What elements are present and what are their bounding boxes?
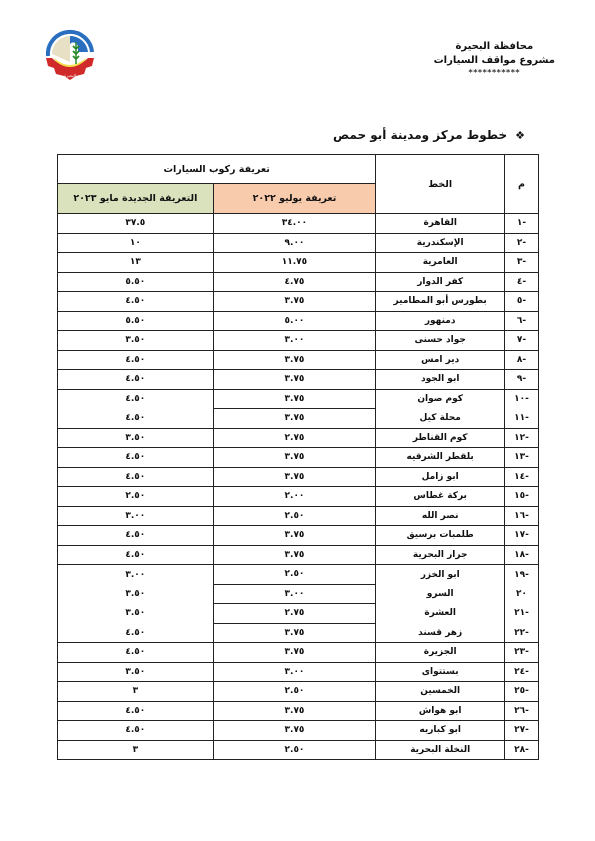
july-fare: ٣.٠٠ bbox=[213, 584, 376, 604]
row-number: -٢ bbox=[505, 233, 539, 253]
row-number: -١٦ bbox=[505, 506, 539, 526]
row-number: -٢٤ bbox=[505, 662, 539, 682]
july-fare: ٣.٠٠ bbox=[213, 662, 376, 682]
governorate-name: محافظة البحيرة bbox=[434, 40, 555, 54]
row-number: -٢٥ bbox=[505, 682, 539, 702]
route-name: ابو هواش bbox=[376, 701, 505, 721]
july-fare: ٢.٠٠ bbox=[213, 487, 376, 507]
table-row: -١٦نصر الله٢.٥٠٣.٠٠ bbox=[58, 506, 539, 526]
july-fare: ٥.٠٠ bbox=[213, 311, 376, 331]
july-fare: ٣.٧٥ bbox=[213, 389, 376, 409]
table-row: -١٠كوم صوان٣.٧٥٤.٥٠ bbox=[58, 389, 539, 409]
route-name: بركة غطاس bbox=[376, 487, 505, 507]
route-name: زهر قسند bbox=[376, 623, 505, 643]
table-row: -٢٥الخمسين٢.٥٠٣ bbox=[58, 682, 539, 702]
table-row: -٢٧ابو كباريه٣.٧٥٤.٥٠ bbox=[58, 721, 539, 741]
table-row: -٢١العشرة٢.٧٥٣.٥٠ bbox=[58, 604, 539, 624]
july-fare: ٢.٧٥ bbox=[213, 428, 376, 448]
route-name: جواد حسنى bbox=[376, 331, 505, 351]
july-fare: ٢.٥٠ bbox=[213, 565, 376, 585]
may-fare: ٣ bbox=[58, 740, 214, 760]
route-name: ابو الخزر bbox=[376, 565, 505, 585]
route-name: ابو كباريه bbox=[376, 721, 505, 741]
may-fare: ٤.٥٠ bbox=[58, 292, 214, 312]
may-fare: ٣.٥٠ bbox=[58, 662, 214, 682]
row-number: -٢٣ bbox=[505, 643, 539, 663]
route-name: نصر الله bbox=[376, 506, 505, 526]
route-name: جرار البحرية bbox=[376, 545, 505, 565]
table-row: -٧جواد حسنى٣.٠٠٣.٥٠ bbox=[58, 331, 539, 351]
route-name: العامرية bbox=[376, 253, 505, 273]
row-number: -٤ bbox=[505, 272, 539, 292]
may-fare: ٣ bbox=[58, 682, 214, 702]
col-header-fare-group: تعريفة ركوب السيارات bbox=[58, 155, 376, 184]
may-fare: ٤.٥٠ bbox=[58, 701, 214, 721]
table-row: -٢٦ابو هواش٣.٧٥٤.٥٠ bbox=[58, 701, 539, 721]
may-fare: ٥.٥٠ bbox=[58, 311, 214, 331]
may-fare: ٤.٥٠ bbox=[58, 545, 214, 565]
table-row: -١٥بركة غطاس٢.٠٠٢.٥٠ bbox=[58, 487, 539, 507]
may-fare: ١٠ bbox=[58, 233, 214, 253]
table-row: -٩ابو الجود٣.٧٥٤.٥٠ bbox=[58, 370, 539, 390]
table-row: -٣العامرية١١.٧٥١٣ bbox=[58, 253, 539, 273]
table-row: -١القاهرة٣٤.٠٠٣٧.٥ bbox=[58, 214, 539, 234]
decorative-stars: *********** bbox=[434, 68, 555, 78]
route-name: القاهرة bbox=[376, 214, 505, 234]
route-name: النخلة البحرية bbox=[376, 740, 505, 760]
header-row: م الخط تعريفة ركوب السيارات bbox=[58, 155, 539, 184]
row-number: -٢٢ bbox=[505, 623, 539, 643]
row-number: -١٧ bbox=[505, 526, 539, 546]
col-header-route: الخط bbox=[376, 155, 505, 214]
route-name: دمنهور bbox=[376, 311, 505, 331]
may-fare: ٢.٥٠ bbox=[58, 487, 214, 507]
table-row: -٦دمنهور٥.٠٠٥.٥٠ bbox=[58, 311, 539, 331]
july-fare: ٩.٠٠ bbox=[213, 233, 376, 253]
route-name: كوم القناطر bbox=[376, 428, 505, 448]
table-row: -٥بطورس أبو المطامير٣.٧٥٤.٥٠ bbox=[58, 292, 539, 312]
row-number: ٢٠ bbox=[505, 584, 539, 604]
table-row: -١٤ابو زامل٣.٧٥٤.٥٠ bbox=[58, 467, 539, 487]
may-fare: ٣.٥٠ bbox=[58, 331, 214, 351]
col-header-may-fare: التعريفة الجديدة مايو ٢٠٢٣ bbox=[58, 184, 214, 214]
route-name: بستتواى bbox=[376, 662, 505, 682]
row-number: -١١ bbox=[505, 409, 539, 429]
row-number: -١٢ bbox=[505, 428, 539, 448]
july-fare: ٣.٠٠ bbox=[213, 331, 376, 351]
route-name: الخمسين bbox=[376, 682, 505, 702]
july-fare: ١١.٧٥ bbox=[213, 253, 376, 273]
title-text: خطوط مركز ومدينة أبو حمص bbox=[333, 128, 507, 142]
svg-text:البحيرة: البحيرة bbox=[64, 73, 76, 78]
table-row: -١٧طلمبات برسيق٣.٧٥٤.٥٠ bbox=[58, 526, 539, 546]
row-number: -٢١ bbox=[505, 604, 539, 624]
may-fare: ٤.٥٠ bbox=[58, 409, 214, 429]
route-name: الجزيرة bbox=[376, 643, 505, 663]
route-name: دير امس bbox=[376, 350, 505, 370]
july-fare: ٤.٧٥ bbox=[213, 272, 376, 292]
july-fare: ٢.٥٠ bbox=[213, 740, 376, 760]
table-row: -١١محلة كيل٣.٧٥٤.٥٠ bbox=[58, 409, 539, 429]
organization-header: محافظة البحيرة مشروع مواقف السيارات ****… bbox=[434, 40, 555, 78]
table-row: -١٣بلقطر الشرقيه٣.٧٥٤.٥٠ bbox=[58, 448, 539, 468]
row-number: -٢٦ bbox=[505, 701, 539, 721]
table-row: -٢الإسكندرية٩.٠٠١٠ bbox=[58, 233, 539, 253]
july-fare: ٣.٧٥ bbox=[213, 467, 376, 487]
route-name: محلة كيل bbox=[376, 409, 505, 429]
table-row: -٢٢زهر قسند٣.٧٥٤.٥٠ bbox=[58, 623, 539, 643]
fare-table: م الخط تعريفة ركوب السيارات تعريفة يوليو… bbox=[57, 154, 539, 760]
july-fare: ٣٤.٠٠ bbox=[213, 214, 376, 234]
july-fare: ٣.٧٥ bbox=[213, 623, 376, 643]
row-number: -١ bbox=[505, 214, 539, 234]
route-name: بطورس أبو المطامير bbox=[376, 292, 505, 312]
row-number: -٢٧ bbox=[505, 721, 539, 741]
table-row: -١٩ابو الخزر٢.٥٠٣.٠٠ bbox=[58, 565, 539, 585]
july-fare: ٢.٥٠ bbox=[213, 506, 376, 526]
route-name: طلمبات برسيق bbox=[376, 526, 505, 546]
july-fare: ٣.٧٥ bbox=[213, 370, 376, 390]
table-row: -٢٨النخلة البحرية٢.٥٠٣ bbox=[58, 740, 539, 760]
may-fare: ٤.٥٠ bbox=[58, 643, 214, 663]
route-name: السرو bbox=[376, 584, 505, 604]
july-fare: ٣.٧٥ bbox=[213, 409, 376, 429]
may-fare: ٣.٥٠ bbox=[58, 584, 214, 604]
july-fare: ٣.٧٥ bbox=[213, 701, 376, 721]
may-fare: ٣.٥٠ bbox=[58, 604, 214, 624]
route-name: ابو الجود bbox=[376, 370, 505, 390]
table-row: -٨دير امس٣.٧٥٤.٥٠ bbox=[58, 350, 539, 370]
july-fare: ٣.٧٥ bbox=[213, 526, 376, 546]
table-row: -٢٤بستتواى٣.٠٠٣.٥٠ bbox=[58, 662, 539, 682]
may-fare: ٤.٥٠ bbox=[58, 389, 214, 409]
row-number: -٩ bbox=[505, 370, 539, 390]
july-fare: ٢.٧٥ bbox=[213, 604, 376, 624]
route-name: كفر الدوار bbox=[376, 272, 505, 292]
row-number: -٨ bbox=[505, 350, 539, 370]
may-fare: ٤.٥٠ bbox=[58, 370, 214, 390]
page-title: ❖ خطوط مركز ومدينة أبو حمص bbox=[333, 128, 525, 142]
route-name: الإسكندرية bbox=[376, 233, 505, 253]
table-row: -٢٣الجزيرة٣.٧٥٤.٥٠ bbox=[58, 643, 539, 663]
july-fare: ٣.٧٥ bbox=[213, 292, 376, 312]
route-name: بلقطر الشرقيه bbox=[376, 448, 505, 468]
row-number: -١٥ bbox=[505, 487, 539, 507]
route-name: العشرة bbox=[376, 604, 505, 624]
route-name: كوم صوان bbox=[376, 389, 505, 409]
table-row: -٤كفر الدوار٤.٧٥٥.٥٠ bbox=[58, 272, 539, 292]
row-number: -٧ bbox=[505, 331, 539, 351]
may-fare: ٣.٠٠ bbox=[58, 565, 214, 585]
july-fare: ٣.٧٥ bbox=[213, 643, 376, 663]
row-number: -١٤ bbox=[505, 467, 539, 487]
row-number: -٣ bbox=[505, 253, 539, 273]
row-number: -١٩ bbox=[505, 565, 539, 585]
july-fare: ٣.٧٥ bbox=[213, 448, 376, 468]
may-fare: ٣٧.٥ bbox=[58, 214, 214, 234]
table-row: -١٨جرار البحرية٣.٧٥٤.٥٠ bbox=[58, 545, 539, 565]
row-number: -١٣ bbox=[505, 448, 539, 468]
may-fare: ٤.٥٠ bbox=[58, 526, 214, 546]
project-name: مشروع مواقف السيارات bbox=[434, 54, 555, 68]
may-fare: ٣.٥٠ bbox=[58, 428, 214, 448]
row-number: -١٠ bbox=[505, 389, 539, 409]
july-fare: ٣.٧٥ bbox=[213, 545, 376, 565]
table-row: ٢٠السرو٣.٠٠٣.٥٠ bbox=[58, 584, 539, 604]
col-header-july-fare: تعريفة يوليو ٢٠٢٢ bbox=[213, 184, 376, 214]
route-name: ابو زامل bbox=[376, 467, 505, 487]
may-fare: ٤.٥٠ bbox=[58, 350, 214, 370]
july-fare: ٣.٧٥ bbox=[213, 721, 376, 741]
diamond-bullet-icon: ❖ bbox=[515, 129, 525, 142]
july-fare: ٣.٧٥ bbox=[213, 350, 376, 370]
table-row: -١٢كوم القناطر٢.٧٥٣.٥٠ bbox=[58, 428, 539, 448]
july-fare: ٢.٥٠ bbox=[213, 682, 376, 702]
may-fare: ٤.٥٠ bbox=[58, 448, 214, 468]
may-fare: ٣.٠٠ bbox=[58, 506, 214, 526]
row-number: -٦ bbox=[505, 311, 539, 331]
may-fare: ٤.٥٠ bbox=[58, 623, 214, 643]
may-fare: ٤.٥٠ bbox=[58, 467, 214, 487]
row-number: -١٨ bbox=[505, 545, 539, 565]
row-number: -٥ bbox=[505, 292, 539, 312]
may-fare: ٤.٥٠ bbox=[58, 721, 214, 741]
col-header-number: م bbox=[505, 155, 539, 214]
governorate-logo: البحيرة bbox=[40, 22, 100, 82]
may-fare: ٥.٥٠ bbox=[58, 272, 214, 292]
may-fare: ١٣ bbox=[58, 253, 214, 273]
row-number: -٢٨ bbox=[505, 740, 539, 760]
